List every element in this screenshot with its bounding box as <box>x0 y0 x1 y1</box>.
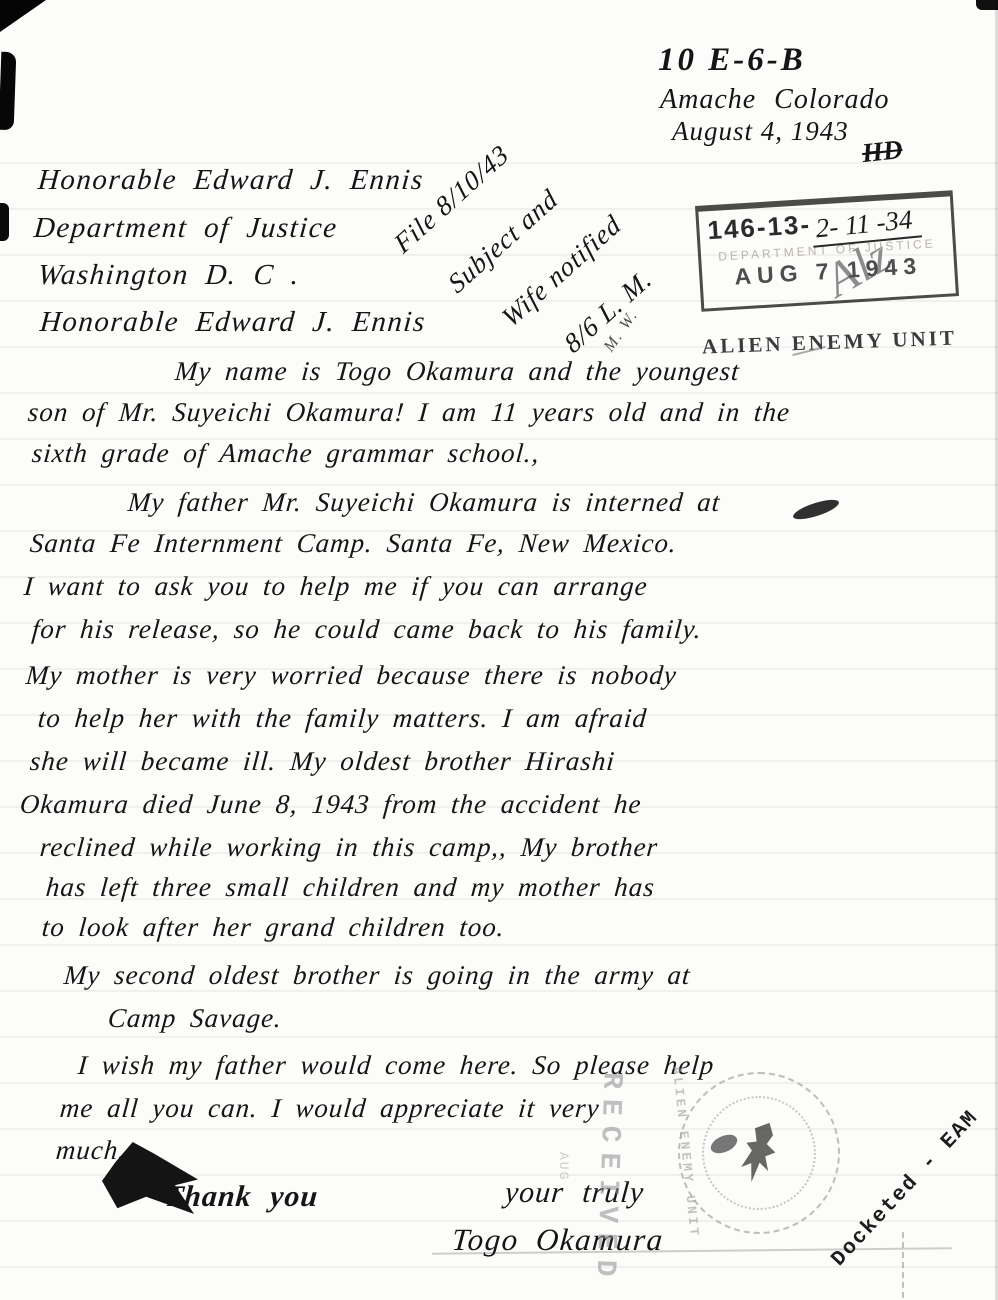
crossed-initials: HD <box>860 134 904 169</box>
stamp-file-prefix: 146-13- <box>707 209 812 246</box>
docketed-stamp: Docketed - EAM <box>828 1106 984 1271</box>
aug-faint-stamp: AUG <box>556 1152 571 1181</box>
body-line: has left three small children and my mot… <box>45 872 657 903</box>
body-line: Santa Fe Internment Camp. Santa Fe, New … <box>29 528 679 559</box>
address-line: Department of Justice <box>33 212 339 245</box>
file-code: 10 E-6-B <box>658 42 806 79</box>
circular-stamp-outer <box>678 1072 840 1234</box>
body-line: I want to ask you to help me if you can … <box>23 571 649 602</box>
body-line: son of Mr. Suyeichi Okamura! I am 11 yea… <box>27 397 792 428</box>
corner-artifact-top-left <box>0 0 46 32</box>
edge-artifact-left-1 <box>0 52 16 130</box>
body-line: reclined while working in this camp,, My… <box>39 832 660 863</box>
body-line: me all you can. I would appreciate it ve… <box>59 1093 601 1124</box>
letter-location: Amache Colorado <box>660 84 890 116</box>
closing-valediction: your truly <box>504 1176 646 1210</box>
address-line: Washington D. C . <box>37 259 302 292</box>
address-line: Honorable Edward J. Ennis <box>39 306 428 339</box>
letter-scan-page: 10 E-6-B Amache Colorado August 4, 1943 … <box>0 0 998 1300</box>
stamp-alien-enemy-unit: ALIEN ENEMY UNIT <box>702 326 958 360</box>
body-line: My second oldest brother is going in the… <box>63 960 692 991</box>
body-line: for his release, so he could came back t… <box>31 614 704 645</box>
ink-smudge <box>791 496 841 523</box>
address-line: Honorable Edward J. Ennis <box>37 164 426 197</box>
body-line: she will became ill. My oldest brother H… <box>29 746 617 777</box>
body-line: sixth grade of Amache grammar school., <box>31 438 541 469</box>
doj-received-stamp: 146-13- 2- 11 -34 DEPARTMENT OF JUSTICE … <box>695 190 959 312</box>
body-line: Okamura died June 8, 1943 from the accid… <box>19 789 643 820</box>
body-line: My mother is very worried because there … <box>25 660 679 691</box>
letter-date: August 4, 1943 <box>672 116 849 147</box>
body-line: to help her with the family matters. I a… <box>37 703 649 734</box>
fold-mark <box>902 1232 904 1298</box>
edge-artifact-left-2 <box>0 203 9 241</box>
body-line: My father Mr. Suyeichi Okamura is intern… <box>127 487 722 518</box>
body-line: Camp Savage. <box>107 1003 284 1034</box>
body-line: to look after her grand children too. <box>41 912 506 943</box>
body-line: My name is Togo Okamura and the youngest <box>174 356 741 387</box>
